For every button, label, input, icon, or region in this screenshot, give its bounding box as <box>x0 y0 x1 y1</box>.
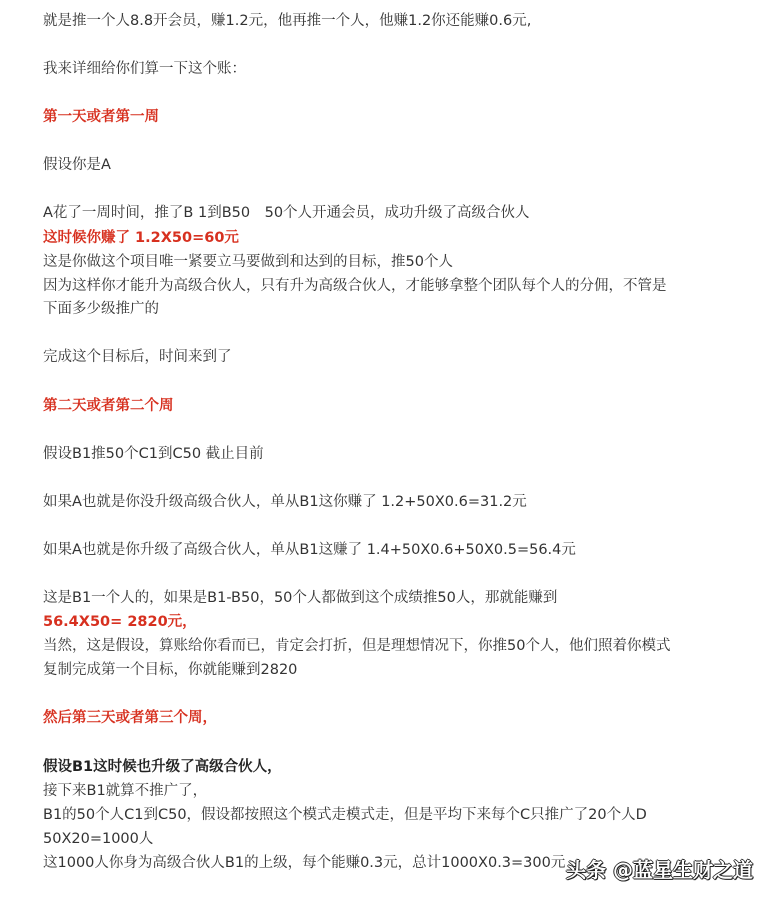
paragraph-total-earn: 这1000人你身为高级合伙人B1的上级，每个能赚0.3元，总计1000X0.3=… <box>43 853 565 873</box>
paragraph-disclaimer: 当然，这是假设，算账给你看而已，肯定会打折，但是理想情况下，你推50个人，他们照… <box>43 636 670 656</box>
paragraph-total-people: 50X20=1000人 <box>43 829 153 849</box>
paragraph-disclaimer-cont: 复制完成第一个目标，你就能赚到2820 <box>43 660 297 680</box>
paragraph-intro: 就是推一个人8.8开会员，赚1.2元，他再推一个人，他赚1.2你还能赚0.6元, <box>43 11 531 31</box>
watermark-toutiao: 头条 @蓝星生财之道 <box>566 857 753 883</box>
paragraph-c-promote: B1的50个人C1到C50，假设都按照这个模式走模式走，但是平均下来每个C只推广… <box>43 805 647 825</box>
paragraph-b1-b50: 这是B1一个人的，如果是B1-B50，50个人都做到这个成绩推50人，那就能赚到 <box>43 588 557 608</box>
paragraph-b1-stops: 接下来B1就算不推广了， <box>43 781 207 801</box>
paragraph-not-upgraded: 如果A也就是你没升级高级合伙人，单从B1这你赚了 1.2+50X0.6=31.2… <box>43 492 527 512</box>
heading-day-two: 第二天或者第二个周 <box>43 396 174 416</box>
heading-day-three: 然后第三天或者第三个周， <box>43 708 217 728</box>
paragraph-goal: 这是你做这个项目唯一紧要立马要做到和达到的目标，推50个人 <box>43 252 453 272</box>
highlight-earn-60: 这时候你赚了 1.2X50=60元 <box>43 228 239 248</box>
heading-day-one: 第一天或者第一周 <box>43 107 159 127</box>
paragraph-b1-upgraded: 假设B1这时候也升级了高级合伙人， <box>43 757 282 777</box>
paragraph-upgraded: 如果A也就是你升级了高级合伙人，单从B1这赚了 1.4+50X0.6+50X0.… <box>43 540 576 560</box>
highlight-earn-2820: 56.4X50= 2820元， <box>43 612 197 632</box>
paragraph-assume-b1: 假设B1推50个C1到C50 截止目前 <box>43 444 264 464</box>
paragraph-reason: 因为这样你才能升为高级合伙人，只有升为高级合伙人，才能够拿整个团队每个人的分佣，… <box>43 276 667 296</box>
paragraph-after-goal: 完成这个目标后，时间来到了 <box>43 347 232 367</box>
paragraph-reason-cont: 下面多少级推广的 <box>43 299 159 319</box>
paragraph-assume-a: 假设你是A <box>43 155 111 175</box>
paragraph-a-promotes: A花了一周时间，推了B 1到B50 50个人开通会员，成功升级了高级合伙人 <box>43 203 530 223</box>
paragraph-calc-intro: 我来详细给你们算一下这个账： <box>43 59 246 79</box>
